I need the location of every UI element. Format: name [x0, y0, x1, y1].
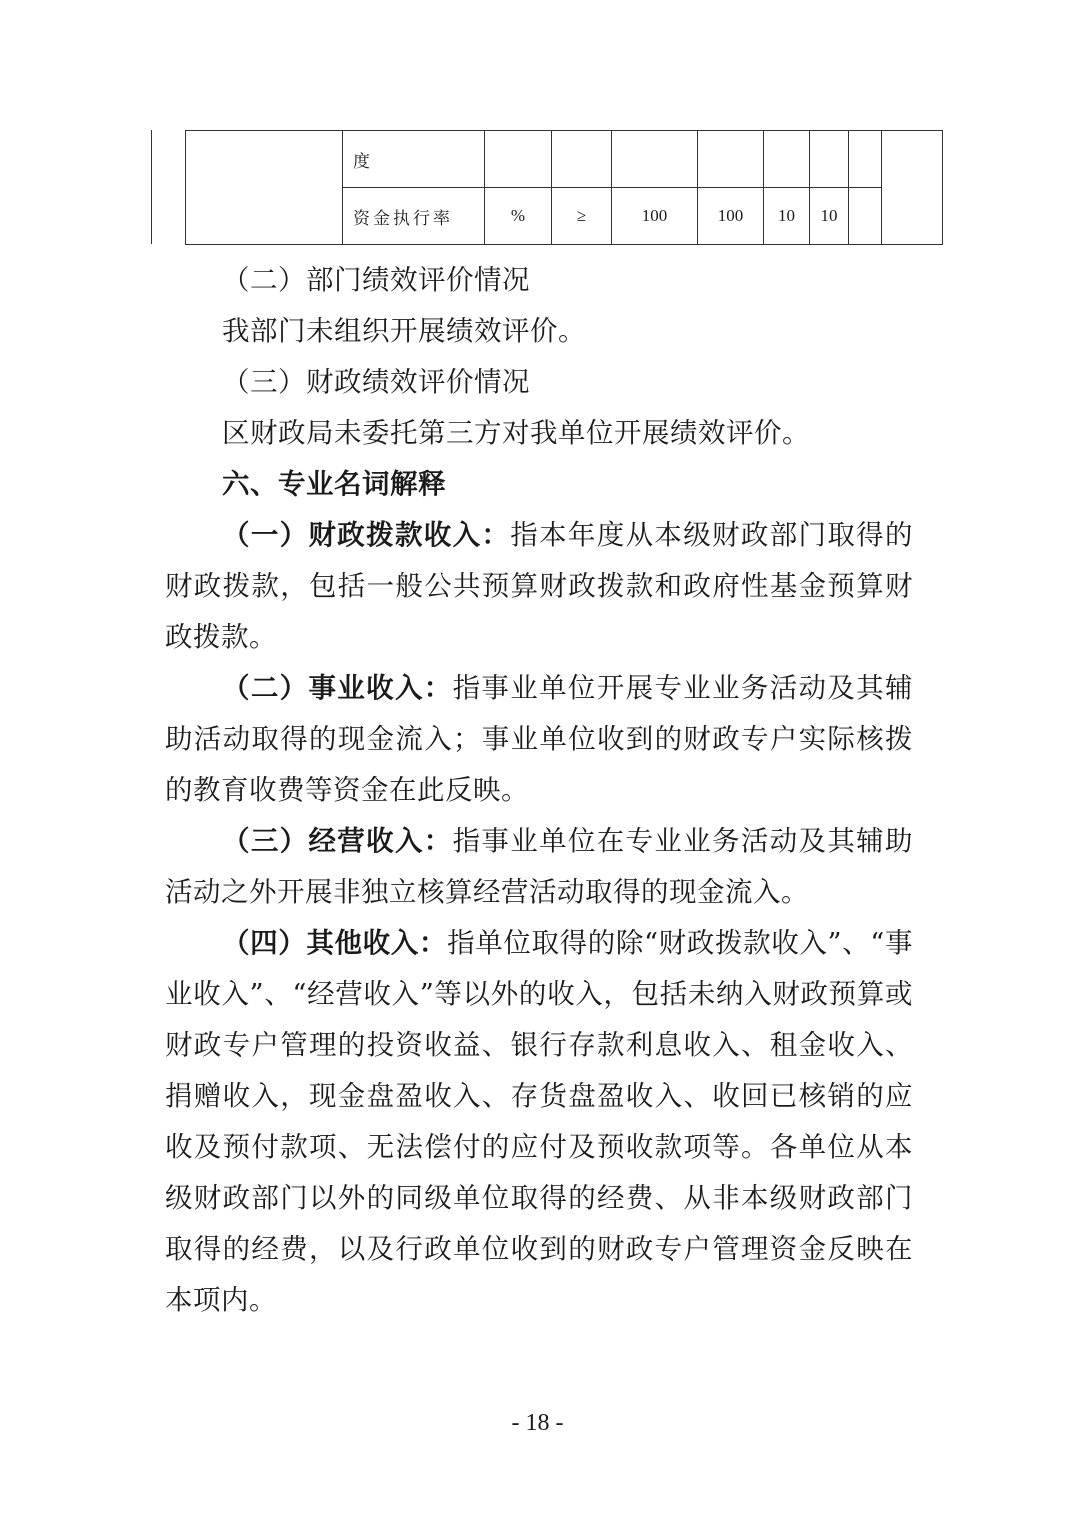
glossary-term: （四）其他收入：: [222, 927, 447, 959]
operator-cell: ≥: [552, 188, 612, 245]
finance-eval-heading: （三）财政绩效评价情况: [165, 357, 913, 408]
glossary-heading: 六、专业名词解释: [165, 459, 913, 510]
glossary-item: （四）其他收入：指单位取得的除“财政拨款收入”、“事业收入”、“经营收入”等以外…: [165, 918, 913, 1326]
glossary-term: （三）经营收入：: [222, 825, 453, 857]
actual-cell: [698, 131, 764, 188]
glossary-item: （二）事业收入：指事业单位开展专业业务活动及其辅助活动取得的现金流入；事业单位收…: [165, 663, 913, 816]
glossary-definition: 指单位取得的除“财政拨款收入”、“事业收入”、“经营收入”等以外的收入，包括未纳…: [165, 927, 913, 1316]
glossary-term: （一）财政拨款收入：: [222, 519, 510, 551]
glossary-item: （三）经营收入：指事业单位在专业业务活动及其辅助活动之外开展非独立核算经营活动取…: [165, 816, 913, 918]
document-body: （二）部门绩效评价情况 我部门未组织开展绩效评价。 （三）财政绩效评价情况 区财…: [165, 255, 913, 1326]
unit-cell: [485, 131, 552, 188]
remarks-cell: [882, 131, 943, 245]
category-cell: [186, 131, 343, 245]
extra-cell: [849, 188, 882, 245]
page-number: - 18 -: [0, 1410, 1075, 1437]
dept-eval-heading: （二）部门绩效评价情况: [165, 255, 913, 306]
score-cell: 10: [810, 188, 849, 245]
weight-cell: [764, 131, 810, 188]
weight-cell: 10: [764, 188, 810, 245]
target-cell: [612, 131, 698, 188]
unit-cell: %: [485, 188, 552, 245]
glossary-item: （一）财政拨款收入：指本年度从本级财政部门取得的财政拨款，包括一般公共预算财政拨…: [165, 510, 913, 663]
score-cell: [810, 131, 849, 188]
table-row: 度: [186, 131, 943, 188]
margin-rule: [151, 130, 152, 244]
indicator-cell: 度: [343, 131, 485, 188]
extra-cell: [849, 131, 882, 188]
finance-eval-body: 区财政局未委托第三方对我单位开展绩效评价。: [165, 408, 913, 459]
glossary-term: （二）事业收入：: [222, 672, 453, 704]
operator-cell: [552, 131, 612, 188]
target-cell: 100: [612, 188, 698, 245]
indicator-cell: 资金执行率: [343, 188, 485, 245]
performance-table: 度 资金执行率 % ≥ 100 100 10 10: [185, 130, 943, 245]
dept-eval-body: 我部门未组织开展绩效评价。: [165, 306, 913, 357]
actual-cell: 100: [698, 188, 764, 245]
